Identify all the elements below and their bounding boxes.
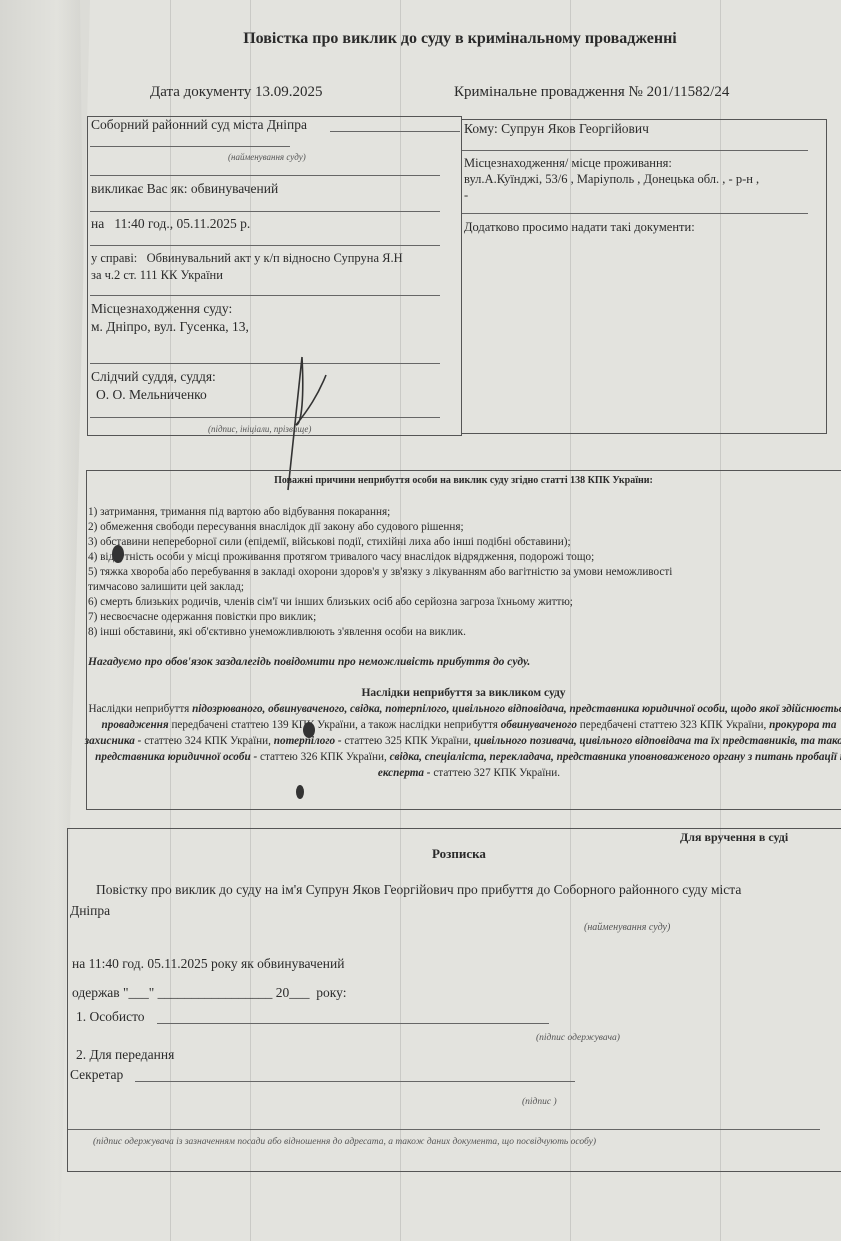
appearance-time-value: 11:40 год., 05.11.2025 р. [114, 216, 250, 231]
reminder-note: Нагадуємо про обов'язок заздалегідь пові… [88, 656, 530, 668]
hand-delivery-note: Для вручення в суді [680, 830, 788, 845]
receipt-summons-line: Повістку про виклик до суду на ім'я Супр… [96, 882, 741, 898]
date-label: Дата документу [150, 84, 251, 100]
personal-signature-line[interactable] [157, 1023, 549, 1024]
ink-blot-icon [112, 545, 124, 563]
judge: Слідчий суддя, суддя: О. О. Мельниченко [91, 368, 216, 404]
list-item: 7) несвоєчасне одержання повістки про ви… [88, 610, 828, 625]
reasons-list: 1) затримання, тримання під вартою або в… [88, 505, 828, 640]
case-number: Кримінальне провадження № 201/11582/24 [454, 84, 729, 101]
list-item: 3) обставини непереборної сили (епідемії… [88, 535, 828, 550]
list-item: 4) відсутність особи у місці проживання … [88, 550, 828, 565]
date-value: 13.09.2025 [255, 84, 323, 100]
court-name-caption: (найменування суду) [228, 152, 306, 162]
list-item: 6) смерть близьких родичів, членів сім'ї… [88, 595, 828, 610]
recipient-name: Супрун Яков Георгійович [501, 121, 649, 136]
case-subject: у справі: Обвинувальний акт у к/п віднос… [91, 250, 403, 284]
case-number-value: 201/11582/24 [647, 84, 730, 100]
secretary-signature-line[interactable] [135, 1081, 575, 1082]
ink-blot-icon [303, 722, 315, 738]
receipt-time-line: на 11:40 год. 05.11.2025 року як обвинув… [72, 956, 344, 972]
secretary-label: Секретар [70, 1067, 123, 1083]
summoned-as-value: обвинувачений [191, 181, 278, 196]
extra-documents-label: Додатково просимо надати такі документи: [464, 220, 695, 235]
receipt-court-caption: (найменування суду) [584, 922, 670, 933]
list-item: тимчасово залишити цей заклад; [88, 580, 828, 595]
transfer-label: 2. Для передання [76, 1047, 174, 1063]
receipt-received-line: одержав "___" _________________ 20___ ро… [72, 985, 347, 1001]
court-location: Місцезнаходження суду: м. Дніпро, вул. Г… [91, 300, 249, 336]
appearance-time: на 11:40 год., 05.11.2025 р. [91, 216, 250, 232]
list-item: 8) інші обставини, які об'єктивно унемож… [88, 625, 828, 640]
list-item: 5) тяжка хвороба або перебування в закла… [88, 565, 828, 580]
recipient: Кому: Супрун Яков Георгійович [464, 121, 649, 137]
document-title: Повістка про виклик до суду в кримінальн… [200, 30, 720, 48]
reasons-heading: Поважні причини неприбуття особи на викл… [86, 475, 841, 486]
summoned-as: викликає Вас як: обвинувачений [91, 181, 278, 197]
secretary-signature-caption: (підпис ) [522, 1097, 557, 1107]
ink-blot-icon [296, 785, 304, 799]
document-date: Дата документу 13.09.2025 [150, 84, 322, 101]
court-address: м. Дніпро, вул. Гусенка, 13, [91, 318, 249, 336]
receipt-court-city: Дніпра [70, 903, 110, 919]
court-name: Соборний районний суд міста Дніпра [91, 117, 307, 133]
receipt-heading: Розписка [432, 846, 486, 862]
consequences-text: Наслідки неприбуття підозрюваного, обвин… [84, 701, 841, 781]
consequences-heading: Наслідки неприбуття за викликом суду [86, 687, 841, 699]
judge-name: О. О. Мельниченко [91, 386, 216, 404]
footer-caption: (підпис одержувача із зазначенням посади… [93, 1137, 596, 1147]
list-item: 1) затримання, тримання під вартою або в… [88, 505, 828, 520]
personal-signature-label: 1. Особисто [76, 1009, 145, 1025]
list-item: 2) обмеження свободи пересування внаслід… [88, 520, 828, 535]
recipient-address: вул.А.Куїнджі, 53/6 , Маріуполь , Донець… [464, 171, 759, 187]
case-label: Кримінальне провадження № [454, 84, 643, 100]
personal-signature-caption: (підпис одержувача) [536, 1033, 620, 1043]
recipient-residence: Місцезнаходження/ місце проживання: вул.… [464, 155, 759, 203]
